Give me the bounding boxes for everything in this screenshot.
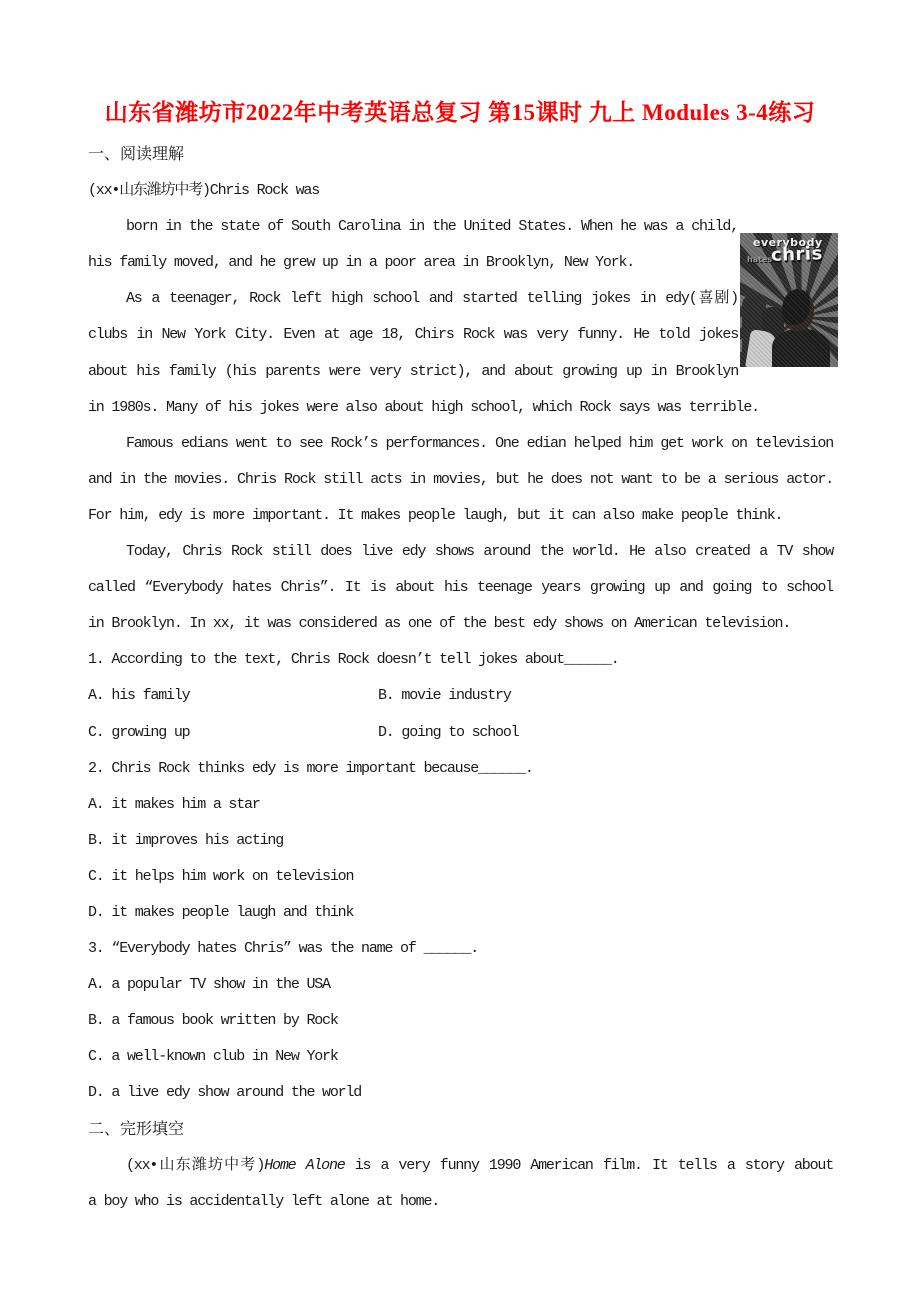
question-1-stem: 1. According to the text, Chris Rock doe… [88,642,833,678]
document-body: 一、阅读理解 (xx•山东潍坊中考)Chris Rock was born in… [88,137,833,1220]
passage-line: Famous edians went to see Rock’s perform… [88,426,833,462]
passage-line: and in the movies. Chris Rock still acts… [88,462,833,498]
cloze-source-tag: (xx•山东潍坊中考) [126,1157,264,1174]
option-d: D. it makes people laugh and think [88,895,833,931]
option-d: D. going to school [378,715,518,751]
option-a: A. it makes him a star [88,787,833,823]
question-2-stem: 2. Chris Rock thinks edy is more importa… [88,751,833,787]
option-b: B. a famous book written by Rock [88,1003,833,1039]
passage-line: in Brooklyn. In xx, it was considered as… [88,606,833,642]
poster-word-hates: hates [747,255,772,264]
cloze-line: (xx•山东潍坊中考)Home Alone is a very funny 19… [88,1148,833,1184]
option-d: D. a live edy show around the world [88,1075,833,1111]
passage-line: (xx•山东潍坊中考)Chris Rock was [88,173,833,209]
passage-line: clubs in New York City. Even at age 18, … [88,317,738,353]
everybody-hates-chris-poster: everybody hates chris [740,233,838,367]
option-b: B. it improves his acting [88,823,833,859]
passage-line: As a teenager, Rock left high school and… [88,281,738,317]
question-1-options-row: A. his family B. movie industry [88,678,833,714]
passage-line: called “Everybody hates Chris”. It is ab… [88,570,833,606]
option-c: C. growing up [88,715,378,751]
section-cloze-heading: 二、完形填空 [88,1112,833,1148]
question-3-stem: 3. “Everybody hates Chris” was the name … [88,931,833,967]
passage-line: his family moved, and he grew up in a po… [88,245,833,281]
option-c: C. it helps him work on television [88,859,833,895]
passage-line: Today, Chris Rock still does live edy sh… [88,534,833,570]
option-c: C. a well-known club in New York [88,1039,833,1075]
question-1-options-row: C. growing up D. going to school [88,715,833,751]
option-a: A. a popular TV show in the USA [88,967,833,1003]
option-a: A. his family [88,678,378,714]
poster-word-chris: chris [771,244,823,265]
passage-line: in 1980s. Many of his jokes were also ab… [88,390,833,426]
section-reading-heading: 一、阅读理解 [88,137,833,173]
passage-line: For him, edy is more important. It makes… [88,498,833,534]
page-title: 山东省潍坊市2022年中考英语总复习 第15课时 九上 Modules 3-4练… [0,94,920,127]
passage-line: born in the state of South Carolina in t… [88,209,738,245]
passage-line: about his family (his parents were very … [88,354,738,390]
option-b: B. movie industry [378,678,511,714]
cloze-line: a boy who is accidentally left alone at … [88,1184,833,1220]
cloze-line-rest: is a very funny 1990 American film. It t… [345,1157,833,1174]
film-title: Home Alone [264,1157,344,1174]
